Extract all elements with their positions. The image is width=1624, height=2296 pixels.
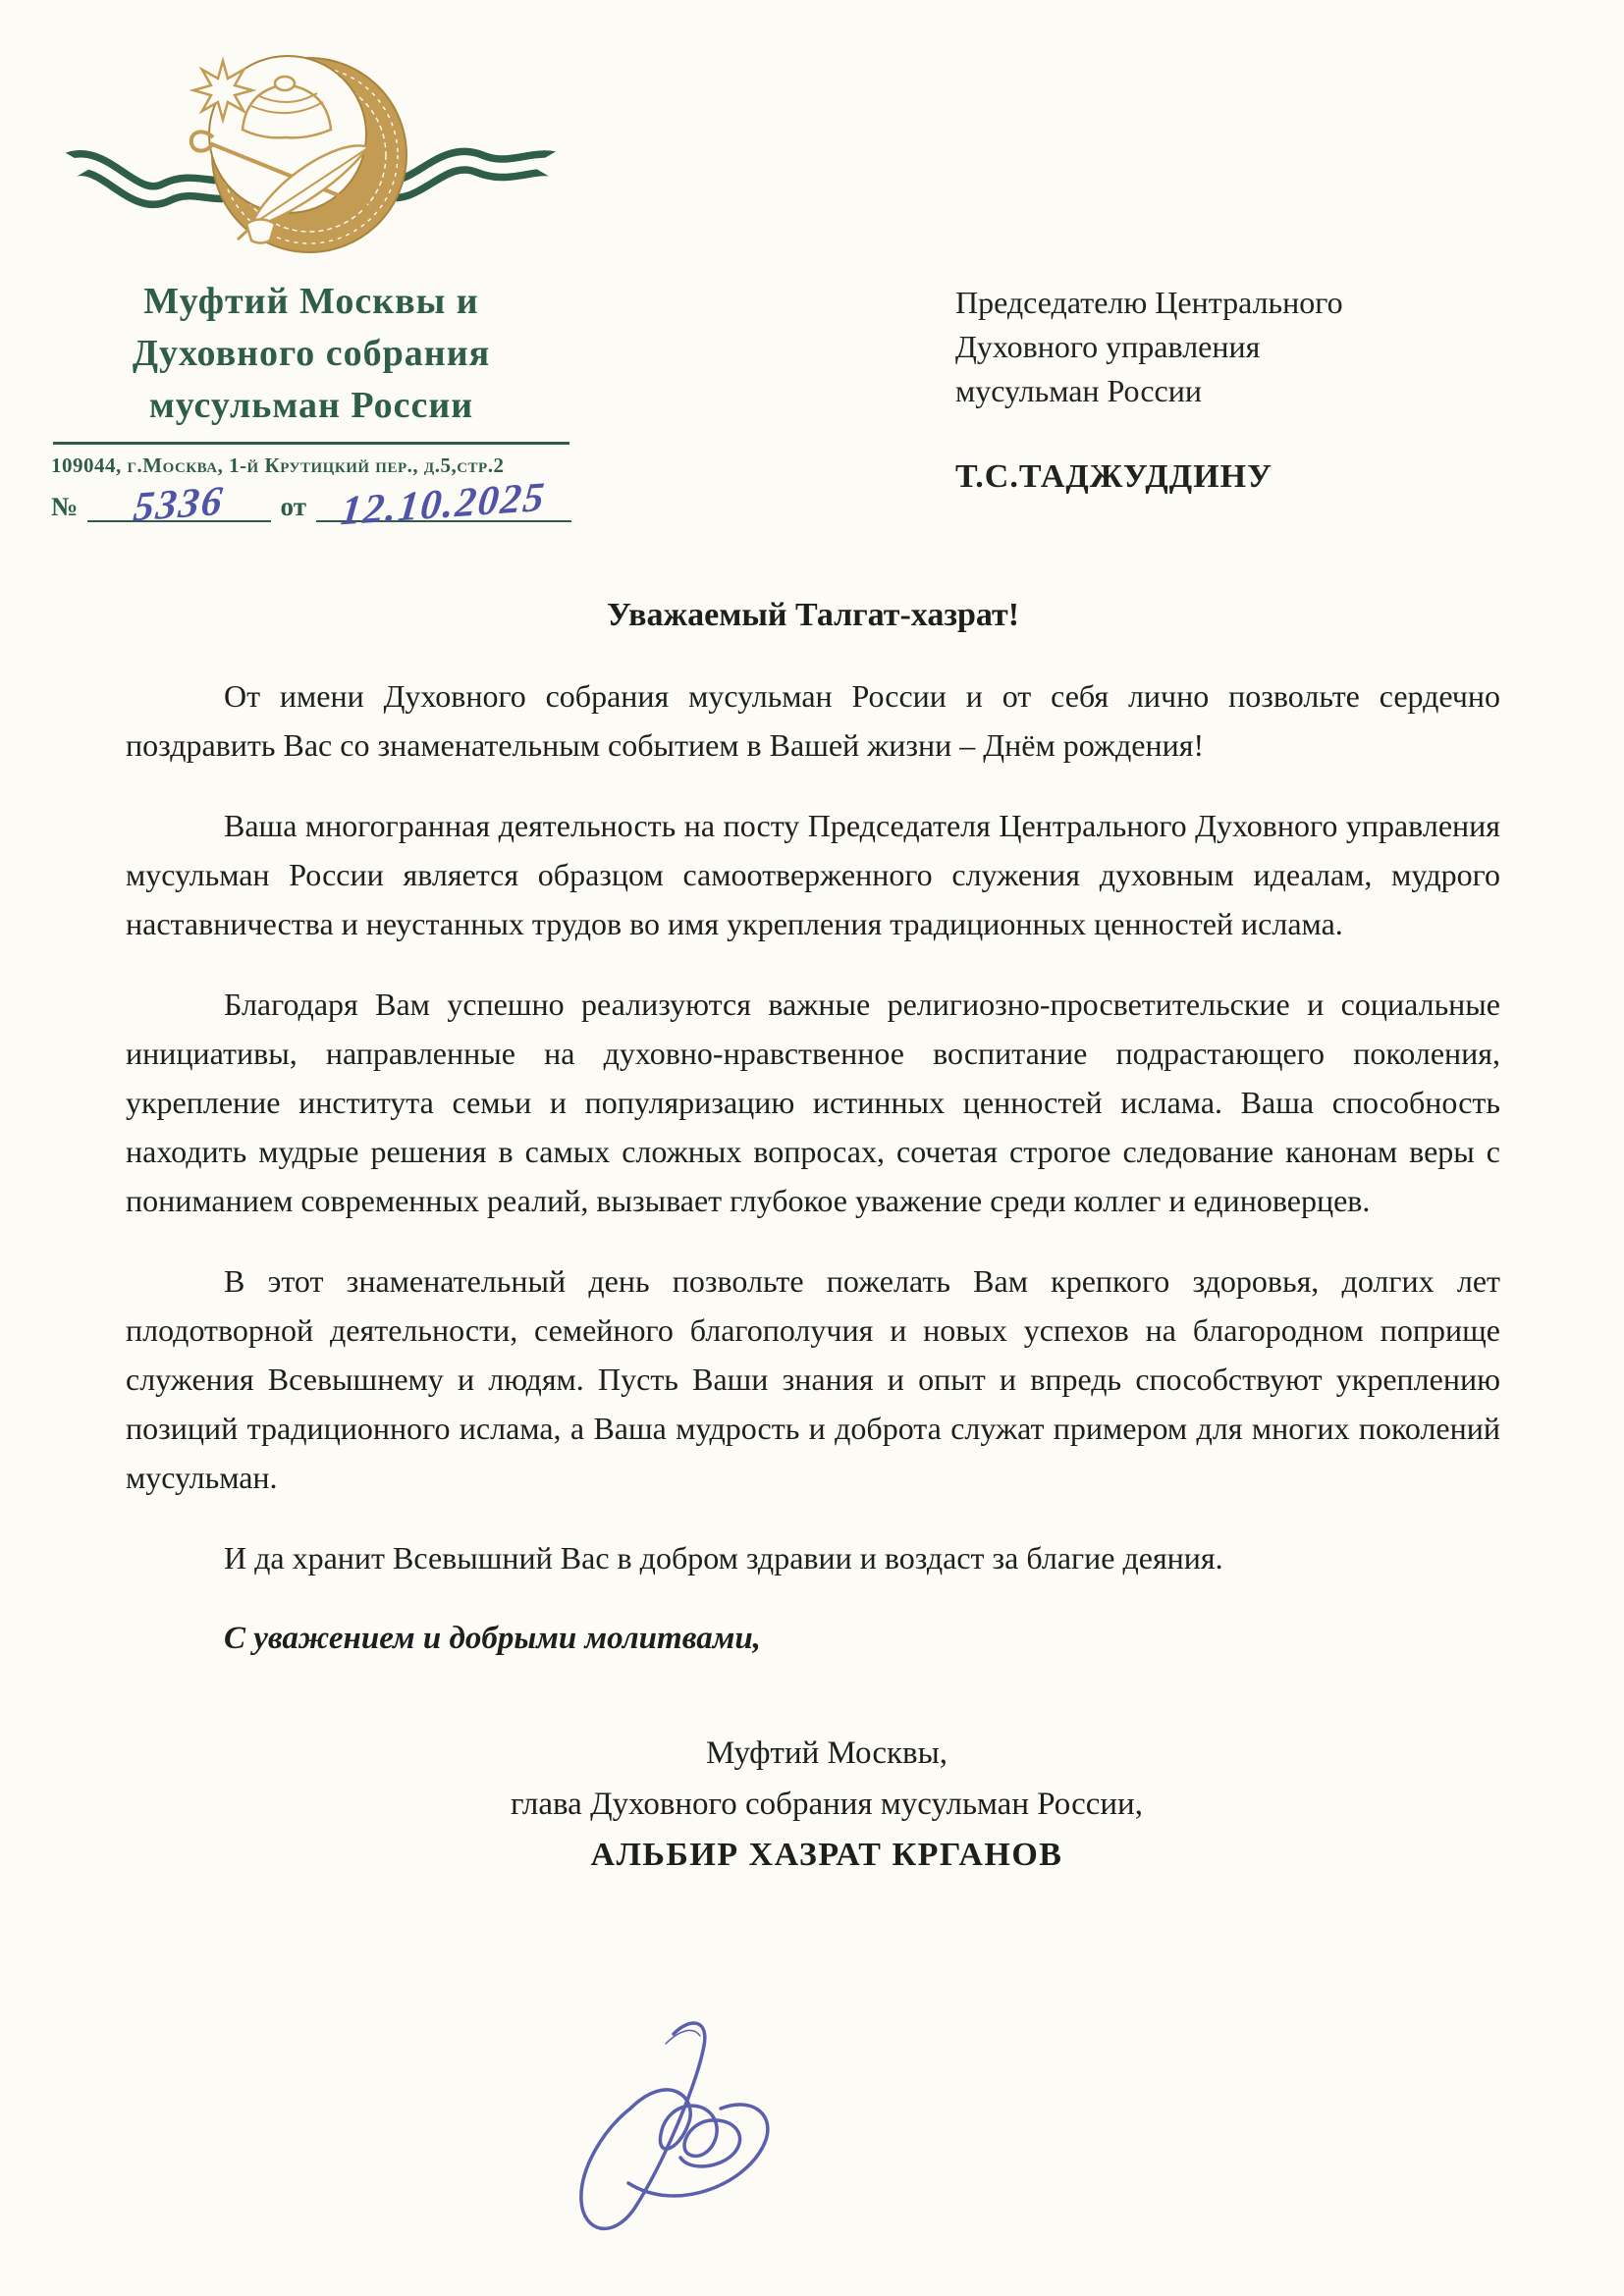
letter-body: Уважаемый Талгат-хазрат! От имени Духовн…	[126, 591, 1500, 1881]
crescent-star-emblem-icon	[56, 39, 567, 270]
addressee-name: Т.С.ТАДЖУДДИНУ	[955, 454, 1427, 499]
letter-page: Муфтий Москвы и Духовного собрания мусул…	[0, 0, 1624, 2296]
signature-block: Муфтий Москвы, глава Духовного собрания …	[139, 1728, 1514, 1881]
addressee-line: мусульман России	[955, 369, 1427, 413]
addressee-line: Председателю Центрального	[955, 281, 1427, 325]
ribbon-right-icon	[384, 145, 567, 188]
body-paragraph: Благодаря Вам успешно реализуются важные…	[126, 980, 1500, 1225]
handwritten-date: 12.10.2025	[340, 481, 548, 529]
date-slot: 12.10.2025	[316, 484, 571, 522]
handwritten-signature-icon	[571, 2014, 783, 2245]
inkwell-icon	[246, 220, 275, 243]
body-paragraph: От имени Духовного собрания мусульман Ро…	[126, 671, 1500, 770]
body-paragraph: Ваша многогранная деятельность на посту …	[126, 801, 1500, 948]
registration-line: № 5336 от 12.10.2025	[51, 484, 571, 522]
letterhead-divider	[53, 442, 569, 445]
signer-title-line: Муфтий Москвы,	[139, 1728, 1514, 1779]
signer-title-line: глава Духовного собрания мусульман Росси…	[139, 1779, 1514, 1830]
addressee-line: Духовного управления	[955, 325, 1427, 369]
org-name-line: Духовного собрания	[51, 328, 571, 380]
org-name-line: мусульман России	[51, 380, 571, 432]
body-paragraph: В этот знаменательный день позвольте пож…	[126, 1256, 1500, 1502]
letterhead: Муфтий Москвы и Духовного собрания мусул…	[51, 39, 571, 522]
handwritten-number: 5336	[133, 485, 226, 525]
signer-name: АЛЬБИР ХАЗРАТ КРГАНОВ	[139, 1830, 1514, 1881]
org-address: 109044, г.Москва, 1-й Крутицкий пер., д.…	[51, 454, 571, 478]
org-name: Муфтий Москвы и Духовного собрания мусул…	[51, 276, 571, 432]
date-label: от	[281, 492, 306, 522]
star-icon	[193, 61, 252, 120]
addressee-block: Председателю Центрального Духовного упра…	[955, 281, 1427, 499]
org-name-line: Муфтий Москвы и	[51, 276, 571, 328]
closing-line: С уважением и добрыми молитвами,	[126, 1614, 1500, 1663]
body-paragraph: И да хранит Всевышний Вас в добром здрав…	[126, 1533, 1500, 1582]
salutation: Уважаемый Талгат-хазрат!	[126, 591, 1500, 640]
number-slot: 5336	[87, 484, 270, 522]
number-label: №	[51, 492, 78, 522]
